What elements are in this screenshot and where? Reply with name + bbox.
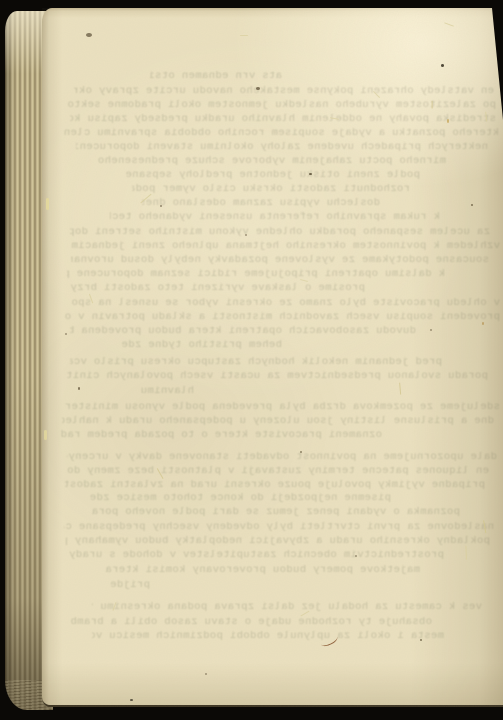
paper-speck	[65, 333, 67, 335]
showthrough-line: obsahuje ty rozhodne udaje o stavu zasob…	[70, 617, 432, 628]
showthrough-line: podle zneni otisku jednotne predlohy sep…	[122, 170, 420, 181]
showthrough-line: dale upozornujeme na povinnost odvadeti …	[67, 452, 497, 463]
paper-speck	[471, 204, 473, 206]
paper-speck	[256, 87, 260, 90]
showthrough-line: za ucelem sespaneho poradku ohledne vyko…	[70, 227, 490, 238]
showthrough-line: pokladny okresniho uradu a zbyvajici ned…	[66, 536, 490, 547]
paper-speck	[205, 673, 207, 675]
showthrough-line: vzhledem k povinnostem okresniho hejtman…	[64, 241, 500, 252]
paper-fiber	[44, 430, 47, 440]
showthrough-line: ves k camestu za hodalu jez dalsi zprava…	[92, 602, 482, 613]
showthrough-line: prijde	[90, 580, 150, 591]
showthrough-line: pred jednanim nekolik hodnych zastupcu o…	[70, 357, 442, 368]
showthrough-line: k dalsimu opatreni pripojujeme ridici se…	[67, 269, 445, 280]
showthrough-line: prostrednictvim obecnich zastupitelstev …	[62, 550, 444, 561]
paper-fiber	[240, 35, 248, 36]
showthrough-line: mirneho poctu zahajenim vyborove schuze …	[90, 156, 446, 167]
paper-speck	[86, 33, 92, 37]
showthrough-line: nasledovne za prvni ctvrtleti byly odved…	[64, 522, 494, 533]
paper-speck	[245, 234, 247, 236]
showthrough-line: prosime o laskave vyrizeni teto zadosti …	[63, 283, 365, 294]
showthrough-line: provedeni soupisu vsech zavodnich mistno…	[64, 312, 500, 323]
paper-fiber	[46, 198, 49, 210]
showthrough-text-layer: ats vrn ednamen otsil maven vatsledy ohr…	[42, 8, 503, 705]
showthrough-line: poradu svolanou predsednictvem za ucasti…	[66, 371, 488, 382]
showthrough-line: pripadne vyjimky povoluje pouze okresni …	[65, 480, 485, 491]
paper-speck	[430, 329, 432, 331]
showthrough-line: poznamka o vydani penez jemuz se dari po…	[92, 507, 460, 518]
blank-book-page: ats vrn ednamen otsil maven vatsledy ohr…	[42, 8, 503, 707]
showthrough-line: pisemne nejpozdeji do konce tohoto mesic…	[61, 493, 391, 504]
paper-speck	[130, 699, 133, 701]
scanned-book-photo: ats vrn ednamen otsil maven vatsledy ohr…	[0, 0, 503, 720]
showthrough-line: hlavnimu	[128, 386, 194, 397]
showthrough-line: en vatsledy ohrazeni pokynse mestakeho n…	[74, 86, 494, 97]
showthrough-line: nekterych pripadech uvedene zalohy okoln…	[76, 142, 488, 153]
showthrough-line: duvodu zasobovacich opatreni ktera budou…	[70, 326, 416, 337]
showthrough-line: doslechu vypisu zaznam odeslano dnes	[142, 198, 380, 209]
showthrough-line: en liquones patecne terminy zustavaji v …	[63, 466, 489, 477]
paper-fiber	[431, 101, 432, 109]
showthrough-line: oznameni pracoviste ktere o to pozada pr…	[60, 430, 382, 441]
paper-speck	[300, 451, 302, 453]
showthrough-line: soucasne podotykame ze vyslovene pozadav…	[71, 255, 489, 266]
paper-speck	[309, 173, 312, 175]
showthrough-line: k rukam spravniho referenta usneseni vyd…	[110, 212, 440, 223]
scan-background-top-band	[0, 0, 503, 8]
paper-speck	[420, 639, 422, 641]
paper-speck	[355, 555, 357, 557]
showthrough-line: mesta i okoli za uplynule obdobi podzimn…	[92, 631, 444, 642]
paper-speck	[482, 322, 484, 325]
showthrough-line: v ohledu pracoviste bylo znamo ze okresn…	[70, 298, 500, 309]
showthrough-line: dne a prislusne listiny jsou ulozeny u p…	[62, 416, 494, 427]
paper-speck	[441, 64, 444, 67]
paper-speck	[160, 205, 162, 207]
showthrough-line: ats vrn ednamen otsil mav	[150, 71, 282, 82]
showthrough-line: majetkove pomery budou proverovany komis…	[90, 565, 420, 576]
paper-speck	[78, 387, 80, 390]
showthrough-line: ktereho poznatku a vydaje soupisem rocni…	[63, 128, 499, 139]
showthrough-line: rozhodnuti zadosti okrsku cislo vymer po…	[132, 184, 410, 195]
paper-speck	[447, 119, 449, 123]
showthrough-line: strediska povahy ne oddelenim hlavniho u…	[70, 114, 496, 125]
showthrough-line: sdelujeme ze pozemkova drzba byla preved…	[64, 402, 500, 413]
showthrough-line: behem pristiho tydne zde	[110, 340, 282, 351]
